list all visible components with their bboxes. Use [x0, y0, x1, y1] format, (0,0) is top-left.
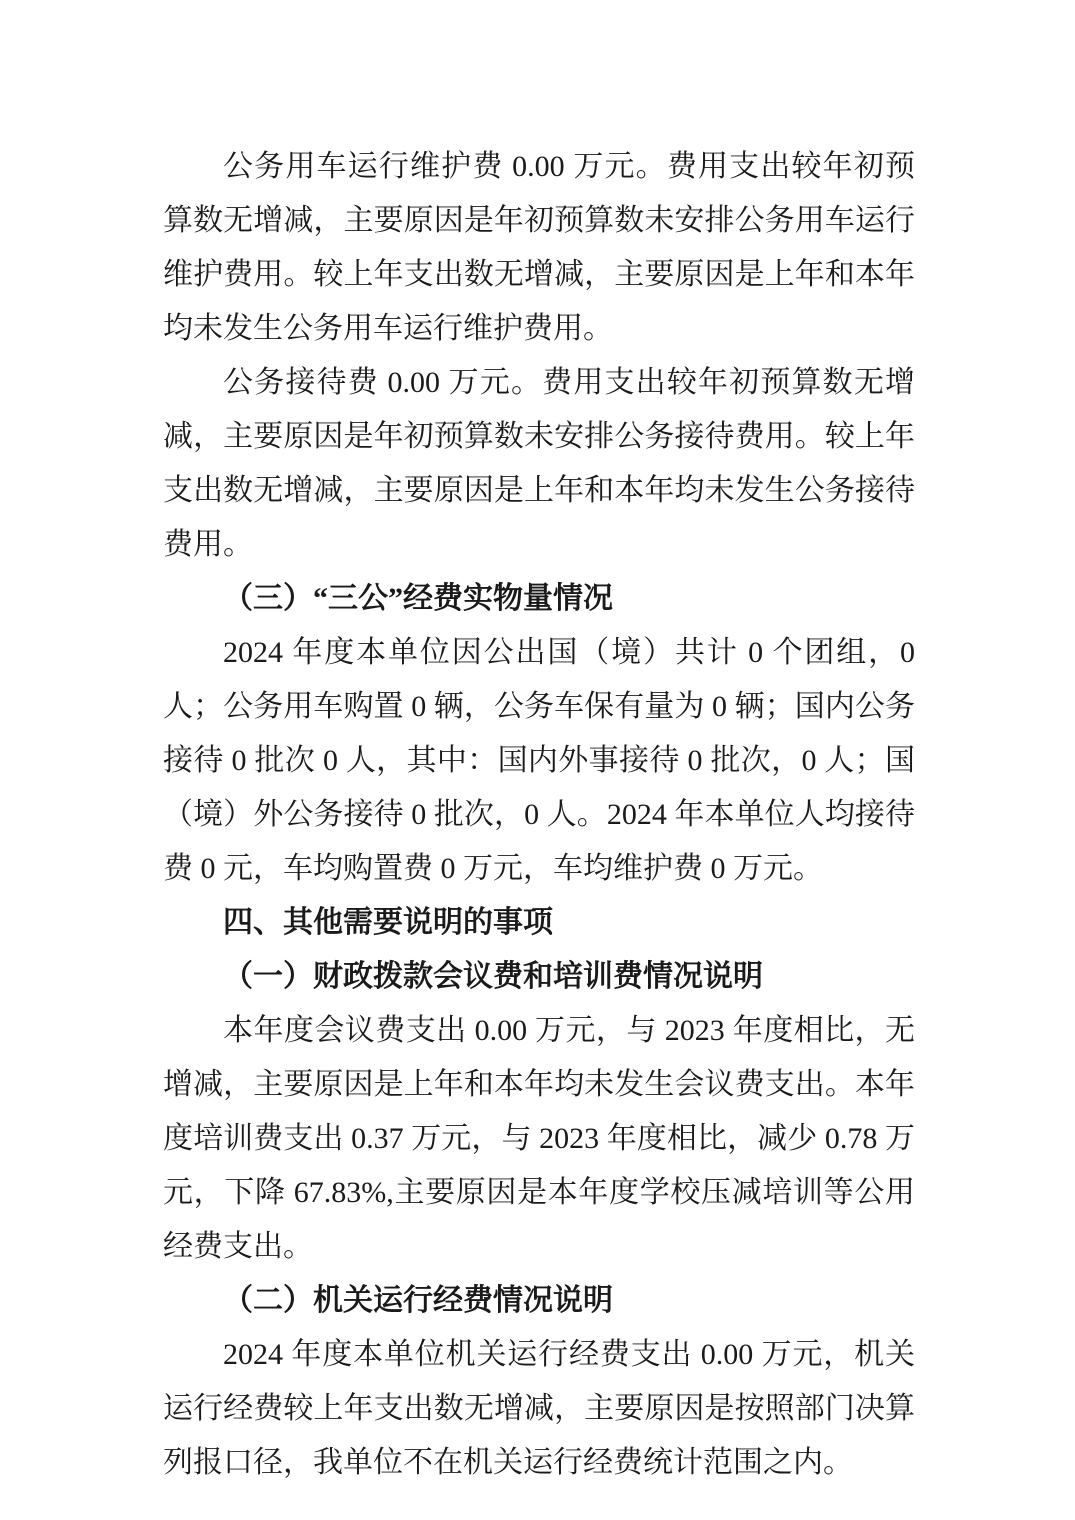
heading-agency-operating-fee: （二）机关运行经费情况说明 — [163, 1274, 915, 1328]
para-physical-quantity-detail: 2024 年度本单位因公出国（境）共计 0 个团组，0 人；公务用车购置 0 辆… — [163, 626, 915, 896]
document-content: 公务用车运行维护费 0.00 万元。费用支出较年初预算数无增减，主要原因是年初预… — [163, 140, 915, 1490]
heading-meeting-and-training-fee: （一）财政拨款会议费和培训费情况说明 — [163, 950, 915, 1004]
para-meeting-and-training-fee-detail: 本年度会议费支出 0.00 万元，与 2023 年度相比，无增减，主要原因是上年… — [163, 1004, 915, 1274]
heading-other-matters: 四、其他需要说明的事项 — [163, 896, 915, 950]
para-agency-operating-fee-detail: 2024 年度本单位机关运行经费支出 0.00 万元，机关运行经费较上年支出数无… — [163, 1328, 915, 1490]
heading-three-public-funds-physical-quantity: （三）“三公”经费实物量情况 — [163, 572, 915, 626]
document-page: 公务用车运行维护费 0.00 万元。费用支出较年初预算数无增减，主要原因是年初预… — [0, 0, 1075, 1520]
para-vehicle-maintenance-fee: 公务用车运行维护费 0.00 万元。费用支出较年初预算数无增减，主要原因是年初预… — [163, 140, 915, 356]
para-official-reception-fee: 公务接待费 0.00 万元。费用支出较年初预算数无增减，主要原因是年初预算数未安… — [163, 356, 915, 572]
